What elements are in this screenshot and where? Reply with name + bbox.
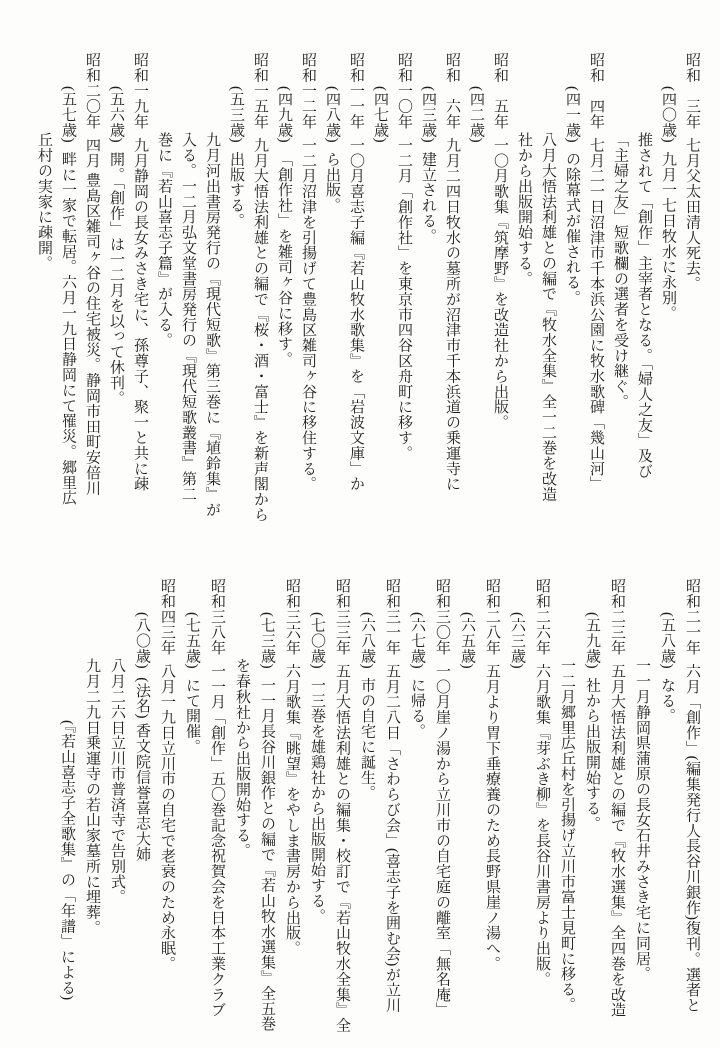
- nenpu-line: 入る。一二月弘文堂書房発行の『現代短歌叢書』第二: [176, 52, 200, 534]
- entry-text: 一二月郷里広丘村を引揚げ立川市富士見町に移る。: [559, 658, 575, 1012]
- nenpu-entry: 昭和一〇年一二月「創作社」を東京市四谷区舟町に移す。(四七歳): [368, 52, 416, 534]
- nenpu-entry: 昭和一二年一二月沼津を引揚げて豊島区雑司ヶ谷に移住する。(四九歳)「創作社」を雑…: [272, 52, 320, 534]
- era-year-label: 昭和三八年: [209, 578, 225, 655]
- nenpu-line: (六五歳): [454, 578, 479, 1040]
- nenpu-line: 九月河出書房発行の『現代短歌』第三巻に『埴鈴集』が: [200, 52, 224, 534]
- nenpu-entry: 昭和二〇年四月 豊島区雑司ヶ谷の住宅被災。静岡市田町安倍川(五七歳)畔に一家で転…: [32, 52, 104, 534]
- age-label: (四八歳): [324, 86, 340, 143]
- entry-text: 一〇月崖ノ湯から立川市の自宅庭の離室「無名庵」: [434, 663, 450, 1017]
- entry-text: に帰る。: [409, 677, 425, 739]
- nenpu-line: 昭和二八年五月より胃下垂療養のため長野県崖ノ湯へ。: [479, 578, 504, 1040]
- nenpu-line: (四八歳)ら出版。: [320, 52, 344, 534]
- era-year-label: 昭和四三年: [159, 578, 175, 655]
- nenpu-line: (五八歳)なる。: [654, 578, 679, 1040]
- era-year-label: 昭和一九年: [132, 52, 148, 129]
- entry-text: 社から出版開始する。: [584, 677, 600, 831]
- entry-text: 五月二八日「さわらび会」(喜志子を囲む会)が立川: [384, 663, 400, 1013]
- nenpu-line: (五三歳)出版する。: [224, 52, 248, 534]
- age-label: (四九歳): [276, 86, 292, 143]
- nenpu-line: (四七歳): [368, 52, 392, 534]
- nenpu-line: (五七歳)畔に一家で転居。六月一九日静岡にて罹災。郷里広: [56, 52, 80, 534]
- era-year-label: 昭和 六年: [444, 52, 460, 129]
- entry-text: 九月大悟法利雄との編で『桜・酒・富士』を新声閣から: [252, 137, 268, 522]
- nenpu-line: 昭和一九年九月静岡の長女みさき宅に、孫尊子、聚一と共に疎: [128, 52, 152, 534]
- nenpu-entry: 昭和二八年五月より胃下垂療養のため長野県崖ノ湯へ。(六五歳): [454, 578, 504, 1040]
- era-year-label: 昭和三〇年: [434, 578, 450, 655]
- entry-text: 開。「創作」は一二月を以って休刊。: [108, 151, 124, 405]
- entry-text: 一〇月歌集『筑摩野』を改造社から出版。: [492, 137, 508, 430]
- era-year-label: 昭和三一年: [384, 578, 400, 655]
- nenpu-line: 昭和四三年八月一九日立川市の自宅で老衰のため永眠。: [154, 578, 179, 1040]
- era-year-label: 昭和三三年: [334, 578, 350, 655]
- nenpu-line: 昭和一五年九月大悟法利雄との編で『桜・酒・富士』を新声閣から: [248, 52, 272, 534]
- entry-text: を春秋社から出版開始する。: [234, 658, 250, 858]
- entry-text: 五月より胃下垂療養のため長野県崖ノ湯へ。: [484, 663, 500, 971]
- nenpu-line: 昭和二〇年四月 豊島区雑司ヶ谷の住宅被災。静岡市田町安倍川: [80, 52, 104, 534]
- nenpu-top-section: 昭和 三年七月父太田清人死去。(四〇歳)九月一七日牧水に永別。推されて「創作」主…: [32, 52, 704, 534]
- entry-text: にて開催。: [184, 677, 200, 754]
- nenpu-line: (七〇歳)一三巻を雄鶏社から出版開始する。: [304, 578, 329, 1040]
- nenpu-entry: 昭和 六年九月二四日牧水の墓所が沼津市千本浜道の乗運寺に(四三歳)建立される。: [416, 52, 464, 534]
- nenpu-entry: 昭和 四年七月二一日沼津市千本浜公園に牧水歌碑「幾山河」(四一歳)の除幕式が催さ…: [512, 52, 608, 534]
- nenpu-entry: 昭和二一年六月「創作」(編集発行人長谷川銀作)復刊。選者と(五八歳)なる。一一月…: [629, 578, 704, 1040]
- entry-text: 巻に『若山喜志子篇』が入る。: [156, 132, 172, 348]
- age-label: (六三歳): [509, 612, 525, 669]
- age-label: (五八歳): [659, 612, 675, 669]
- entry-text: 丘村の実家に疎開。: [36, 132, 52, 271]
- nenpu-entry: 昭和一一年一〇月喜志子編『若山牧水歌集』を「岩波文庫」か(四八歳)ら出版。: [320, 52, 368, 534]
- nenpu-line: 推されて「創作」主宰者となる。「婦人之友」及び: [632, 52, 656, 534]
- source-note: (『若山喜志子全歌集』の「年譜」による): [54, 578, 79, 1040]
- nenpu-line: 一一月静岡県蒲原の長女石井みさき宅に同居。: [629, 578, 654, 1040]
- nenpu-line: 昭和 五年一〇月歌集『筑摩野』を改造社から出版。: [488, 52, 512, 534]
- nenpu-line: (八〇歳)(法名) 香文院信誉喜志大姉: [129, 578, 154, 1040]
- entry-text: 一一月長谷川銀作との編で『若山牧水選集』全五巻: [259, 677, 275, 1031]
- nenpu-entry: 昭和三一年五月二八日「さわらび会」(喜志子を囲む会)が立川(六八歳)市の自宅に誕…: [354, 578, 404, 1040]
- age-label: (四二歳): [468, 86, 484, 143]
- era-year-label: 昭和二三年: [609, 578, 625, 655]
- nenpu-line: 八月大悟法利雄との編で『牧水全集』全一二巻を改造: [536, 52, 560, 534]
- nenpu-line: (六三歳): [504, 578, 529, 1040]
- nenpu-line: 巻に『若山喜志子篇』が入る。: [152, 52, 176, 534]
- nenpu-line: を春秋社から出版開始する。: [229, 578, 254, 1040]
- age-label: (四一歳): [564, 86, 580, 143]
- entry-text: 市の自宅に誕生。: [359, 677, 375, 800]
- era-year-label: 昭和一二年: [300, 52, 316, 129]
- entry-text: 畔に一家で転居。六月一九日静岡にて罹災。郷里広: [60, 151, 76, 505]
- nenpu-line: 「主婦之友」短歌欄の選者を受け継ぐ。: [608, 52, 632, 534]
- entry-list-bottom: 昭和二一年六月「創作」(編集発行人長谷川銀作)復刊。選者と(五八歳)なる。一一月…: [79, 578, 704, 1040]
- age-label: (五九歳): [584, 612, 600, 669]
- era-year-label: 昭和 三年: [684, 52, 700, 129]
- nenpu-entry: 昭和一五年九月大悟法利雄との編で『桜・酒・富士』を新声閣から(五三歳)出版する。…: [152, 52, 272, 534]
- entry-text: 五月大悟法利雄との編で『牧水選集』全四巻を改造: [609, 663, 625, 1017]
- entry-text: 建立される。: [420, 151, 436, 243]
- age-label: (六八歳): [359, 612, 375, 669]
- nenpu-line: (四一歳)の除幕式が催される。: [560, 52, 584, 534]
- nenpu-line: 昭和三六年六月歌集『眺望』をやしま書房から出版。: [279, 578, 304, 1040]
- era-year-label: 昭和二一年: [684, 578, 700, 655]
- age-label: (四〇歳): [660, 86, 676, 143]
- entry-text: の除幕式が催される。: [564, 151, 580, 305]
- era-year-label: 昭和 四年: [588, 52, 604, 129]
- entry-text: 六月「創作」(編集発行人長谷川銀作)復刊。選者と: [684, 663, 700, 1013]
- entry-text: 一二月沼津を引揚げて豊島区雑司ヶ谷に移住する。: [300, 137, 316, 491]
- age-label: (六七歳): [409, 612, 425, 669]
- nenpu-entry: 昭和三八年一一月「創作」五〇巻記念祝賀会を日本工業クラブ(七五歳)にて開催。: [179, 578, 229, 1040]
- nenpu-line: 昭和二六年六月歌集『芽ぶき柳』を長谷川書房より出版。: [529, 578, 554, 1040]
- entry-text: ら出版。: [324, 151, 340, 213]
- entry-text: 一〇月喜志子編『若山牧水歌集』を「岩波文庫」か: [348, 137, 364, 491]
- entry-list-top: 昭和 三年七月父太田清人死去。(四〇歳)九月一七日牧水に永別。推されて「創作」主…: [32, 52, 704, 534]
- nenpu-line: 昭和一〇年一二月「創作社」を東京市四谷区舟町に移す。: [392, 52, 416, 534]
- age-label: (四七歳): [372, 86, 388, 143]
- nenpu-line: (六七歳)に帰る。: [404, 578, 429, 1040]
- entry-text: 七月二一日沼津市千本浜公園に牧水歌碑「幾山河」: [588, 137, 604, 491]
- nenpu-line: 昭和 三年七月父太田清人死去。: [680, 52, 704, 534]
- era-year-label: 昭和一一年: [348, 52, 364, 129]
- entry-text: なる。: [659, 677, 675, 723]
- age-label: (六五歳): [459, 612, 475, 669]
- nenpu-entry: 昭和 五年一〇月歌集『筑摩野』を改造社から出版。(四二歳): [464, 52, 512, 534]
- nenpu-entry: 昭和 三年七月父太田清人死去。(四〇歳)九月一七日牧水に永別。推されて「創作」主…: [608, 52, 704, 534]
- nenpu-line: 昭和二三年五月大悟法利雄との編で『牧水選集』全四巻を改造: [604, 578, 629, 1040]
- nenpu-line: (六八歳)市の自宅に誕生。: [354, 578, 379, 1040]
- nenpu-line: 昭和三〇年一〇月崖ノ湯から立川市の自宅庭の離室「無名庵」: [429, 578, 454, 1040]
- nenpu-line: (四三歳)建立される。: [416, 52, 440, 534]
- entry-text: 九月二九日乗運寺の若山家墓所に埋葬。: [84, 658, 100, 935]
- nenpu-line: 丘村の実家に疎開。: [32, 52, 56, 534]
- era-year-label: 昭和二六年: [534, 578, 550, 655]
- era-year-label: 昭和二八年: [484, 578, 500, 655]
- nenpu-line: (四〇歳)九月一七日牧水に永別。: [656, 52, 680, 534]
- entry-text: 「主婦之友」短歌欄の選者を受け継ぐ。: [612, 132, 628, 409]
- entry-text: 八月大悟法利雄との編で『牧水全集』全一二巻を改造: [540, 132, 556, 502]
- entry-text: (法名) 香文院信誉喜志大姉: [134, 677, 150, 861]
- age-label: (四三歳): [420, 86, 436, 143]
- nenpu-line: 昭和一一年一〇月喜志子編『若山牧水歌集』を「岩波文庫」か: [344, 52, 368, 534]
- nenpu-line: 社から出版開始する。: [512, 52, 536, 534]
- entry-text: 九月一七日牧水に永別。: [660, 151, 676, 320]
- nenpu-line: 昭和 六年九月二四日牧水の墓所が沼津市千本浜道の乗運寺に: [440, 52, 464, 534]
- age-label: (七五歳): [184, 612, 200, 669]
- entry-text: 九月静岡の長女みさき宅に、孫尊子、聚一と共に疎: [132, 137, 148, 491]
- entry-text: 一一月「創作」五〇巻記念祝賀会を日本工業クラブ: [209, 663, 225, 1017]
- entry-text: 九月二四日牧水の墓所が沼津市千本浜道の乗運寺に: [444, 137, 460, 491]
- era-year-label: 昭和一〇年: [396, 52, 412, 129]
- entry-text: 八月二六日立川市普済寺で告別式。: [109, 658, 125, 904]
- entry-text: 五月大悟法利雄との編集・校訂で『若山牧水全集』全: [334, 663, 350, 1033]
- entry-text: 一二月「創作社」を東京市四谷区舟町に移す。: [396, 137, 412, 460]
- nenpu-line: 一二月郷里広丘村を引揚げ立川市富士見町に移る。: [554, 578, 579, 1040]
- nenpu-entry: 昭和三三年五月大悟法利雄との編集・校訂で『若山牧水全集』全(七〇歳)一三巻を雄鶏…: [304, 578, 354, 1040]
- entry-text: 推されて「創作」主宰者となる。「婦人之友」及び: [636, 132, 652, 479]
- nenpu-bottom-section: 昭和二一年六月「創作」(編集発行人長谷川銀作)復刊。選者と(五八歳)なる。一一月…: [54, 578, 704, 1040]
- entry-text: 一三巻を雄鶏社から出版開始する。: [309, 677, 325, 923]
- age-label: (七三歳): [259, 612, 275, 669]
- nenpu-line: (四九歳)「創作社」を雑司ヶ谷に移す。: [272, 52, 296, 534]
- entry-text: 六月歌集『眺望』をやしま書房から出版。: [284, 663, 300, 956]
- nenpu-line: (七三歳)一一月長谷川銀作との編で『若山牧水選集』全五巻: [254, 578, 279, 1040]
- nenpu-line: 九月二九日乗運寺の若山家墓所に埋葬。: [79, 578, 104, 1040]
- entry-text: 「創作社」を雑司ヶ谷に移す。: [276, 151, 292, 367]
- age-label: (八〇歳): [134, 612, 150, 669]
- era-year-label: 昭和一五年: [252, 52, 268, 129]
- nenpu-line: 昭和二一年六月「創作」(編集発行人長谷川銀作)復刊。選者と: [679, 578, 704, 1040]
- nenpu-entry: 昭和四三年八月一九日立川市の自宅で老衰のため永眠。(八〇歳)(法名) 香文院信誉…: [79, 578, 179, 1040]
- nenpu-entry: 昭和三〇年一〇月崖ノ湯から立川市の自宅庭の離室「無名庵」(六七歳)に帰る。: [404, 578, 454, 1040]
- nenpu-line: (四二歳): [464, 52, 488, 534]
- entry-text: 七月父太田清人死去。: [684, 137, 700, 291]
- nenpu-line: (七五歳)にて開催。: [179, 578, 204, 1040]
- nenpu-entry: 昭和二六年六月歌集『芽ぶき柳』を長谷川書房より出版。(六三歳): [504, 578, 554, 1040]
- nenpu-entry: 昭和一九年九月静岡の長女みさき宅に、孫尊子、聚一と共に疎(五六歳)開。「創作」は…: [104, 52, 152, 534]
- age-label: (七〇歳): [309, 612, 325, 669]
- entry-text: 一一月静岡県蒲原の長女石井みさき宅に同居。: [634, 658, 650, 981]
- entry-text: 四月 豊島区雑司ヶ谷の住宅被災。静岡市田町安倍川: [84, 137, 100, 495]
- nenpu-line: (五九歳)社から出版開始する。: [579, 578, 604, 1040]
- age-label: (五三歳): [228, 86, 244, 143]
- era-year-label: 昭和二〇年: [84, 52, 100, 129]
- nenpu-line: 昭和三八年一一月「創作」五〇巻記念祝賀会を日本工業クラブ: [204, 578, 229, 1040]
- age-label: (五六歳): [108, 86, 124, 143]
- entry-text: 八月一九日立川市の自宅で老衰のため永眠。: [159, 663, 175, 971]
- nenpu-entry: 昭和三六年六月歌集『眺望』をやしま書房から出版。(七三歳)一一月長谷川銀作との編…: [229, 578, 304, 1040]
- nenpu-line: 昭和三三年五月大悟法利雄との編集・校訂で『若山牧水全集』全: [329, 578, 354, 1040]
- nenpu-line: (五六歳)開。「創作」は一二月を以って休刊。: [104, 52, 128, 534]
- entry-text: 九月河出書房発行の『現代短歌』第三巻に『埴鈴集』が: [204, 132, 220, 517]
- entry-text: 入る。一二月弘文堂書房発行の『現代短歌叢書』第二: [180, 132, 196, 502]
- era-year-label: 昭和 五年: [492, 52, 508, 129]
- age-label: (五七歳): [60, 86, 76, 143]
- nenpu-line: 昭和三一年五月二八日「さわらび会」(喜志子を囲む会)が立川: [379, 578, 404, 1040]
- nenpu-line: 八月二六日立川市普済寺で告別式。: [104, 578, 129, 1040]
- entry-text: 六月歌集『芽ぶき柳』を長谷川書房より出版。: [534, 663, 550, 986]
- nenpu-line: 昭和 四年七月二一日沼津市千本浜公園に牧水歌碑「幾山河」: [584, 52, 608, 534]
- nenpu-line: 昭和一二年一二月沼津を引揚げて豊島区雑司ヶ谷に移住する。: [296, 52, 320, 534]
- nenpu-entry: 昭和二三年五月大悟法利雄との編で『牧水選集』全四巻を改造(五九歳)社から出版開始…: [554, 578, 629, 1040]
- scanned-page: { "page": { "background_color": "#fdfdfb…: [0, 0, 720, 1048]
- entry-text: 出版する。: [228, 151, 244, 228]
- era-year-label: 昭和三六年: [284, 578, 300, 655]
- entry-text: 社から出版開始する。: [516, 132, 532, 286]
